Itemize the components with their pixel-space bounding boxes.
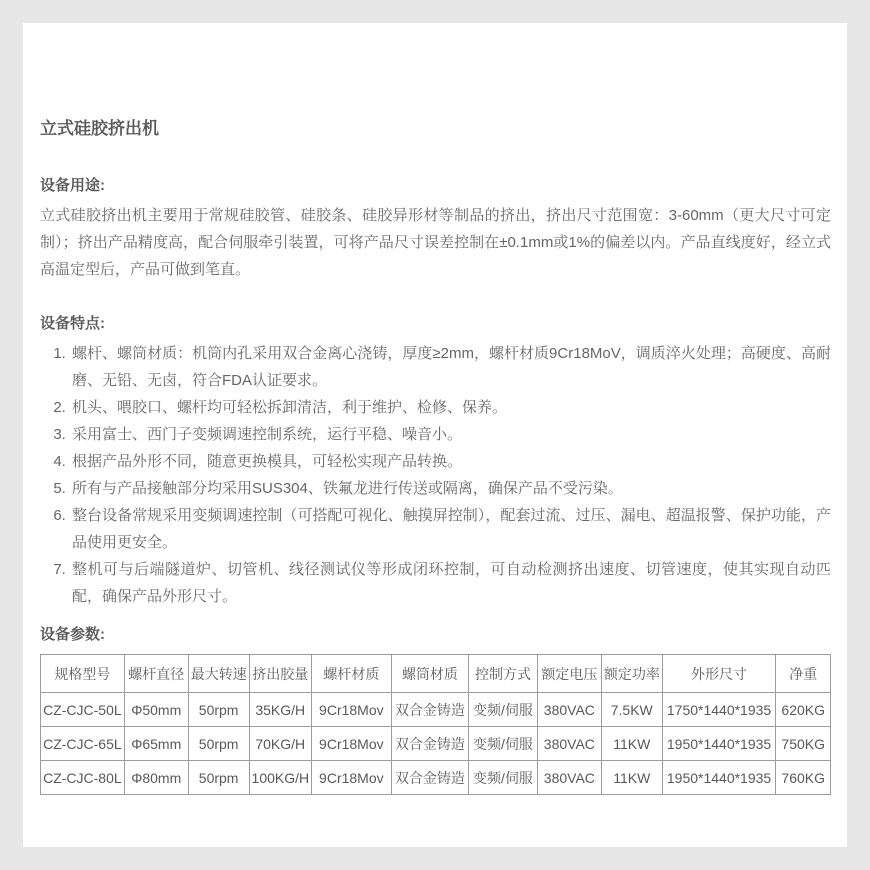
table-cell: Φ50mm xyxy=(124,693,188,727)
features-section: 设备特点: 螺杆、螺筒材质：机筒内孔采用双合金离心浇铸，厚度≥2mm，螺杆材质9… xyxy=(40,313,831,610)
table-cell: 双合金铸造 xyxy=(391,693,468,727)
table-row: CZ-CJC-50L Φ50mm 50rpm 35KG/H 9Cr18Mov 双… xyxy=(41,693,831,727)
feature-item-6: 整台设备常规采用变频调速控制（可搭配可视化、触摸屏控制），配套过流、过压、漏电、… xyxy=(70,502,831,556)
table-row: CZ-CJC-65L Φ65mm 50rpm 70KG/H 9Cr18Mov 双… xyxy=(41,727,831,761)
feature-item-4: 根据产品外形不同，随意更换模具，可轻松实现产品转换。 xyxy=(70,448,831,475)
table-cell: 11KW xyxy=(601,727,662,761)
table-cell: 1750*1440*1935 xyxy=(662,693,776,727)
table-cell: 50rpm xyxy=(188,693,249,727)
table-cell: 9Cr18Mov xyxy=(311,727,391,761)
params-section: 设备参数: 规格型号 螺杆直径 最大转速 挤出胶量 螺杆材质 螺筒材质 控制方式… xyxy=(40,624,831,795)
table-cell: 760KG xyxy=(776,761,831,795)
table-header-cell: 额定功率 xyxy=(601,655,662,693)
params-heading: 设备参数: xyxy=(40,624,831,645)
feature-item-5: 所有与产品接触部分均采用SUS304、铁氟龙进行传送或隔离，确保产品不受污染。 xyxy=(70,475,831,502)
params-table: 规格型号 螺杆直径 最大转速 挤出胶量 螺杆材质 螺筒材质 控制方式 额定电压 … xyxy=(40,654,831,795)
table-cell: 变频/伺服 xyxy=(469,693,538,727)
feature-item-7: 整机可与后端隧道炉、切管机、线径测试仪等形成闭环控制，可自动检测挤出速度、切管速… xyxy=(70,556,831,610)
table-cell: Φ80mm xyxy=(124,761,188,795)
features-heading: 设备特点: xyxy=(40,313,831,334)
table-cell: 750KG xyxy=(776,727,831,761)
table-cell: 35KG/H xyxy=(249,693,311,727)
table-cell: 50rpm xyxy=(188,761,249,795)
features-list: 螺杆、螺筒材质：机筒内孔采用双合金离心浇铸，厚度≥2mm，螺杆材质9Cr18Mo… xyxy=(40,340,831,610)
table-header-cell: 螺杆直径 xyxy=(124,655,188,693)
table-header-cell: 规格型号 xyxy=(41,655,125,693)
table-cell: 70KG/H xyxy=(249,727,311,761)
table-cell: 9Cr18Mov xyxy=(311,693,391,727)
table-cell: CZ-CJC-80L xyxy=(41,761,125,795)
table-cell: 11KW xyxy=(601,761,662,795)
table-cell: Φ65mm xyxy=(124,727,188,761)
table-cell: 双合金铸造 xyxy=(391,761,468,795)
table-cell: 100KG/H xyxy=(249,761,311,795)
table-cell: 380VAC xyxy=(537,727,601,761)
table-cell: CZ-CJC-50L xyxy=(41,693,125,727)
feature-item-1: 螺杆、螺筒材质：机筒内孔采用双合金离心浇铸，厚度≥2mm，螺杆材质9Cr18Mo… xyxy=(70,340,831,394)
purpose-body: 立式硅胶挤出机主要用于常规硅胶管、硅胶条、硅胶异形材等制品的挤出，挤出尺寸范围宽… xyxy=(40,202,831,283)
table-cell: 双合金铸造 xyxy=(391,727,468,761)
table-cell: 变频/伺服 xyxy=(469,761,538,795)
feature-item-3: 采用富士、西门子变频调速控制系统，运行平稳、噪音小。 xyxy=(70,421,831,448)
table-header-cell: 净重 xyxy=(776,655,831,693)
table-header-cell: 控制方式 xyxy=(469,655,538,693)
table-header-cell: 挤出胶量 xyxy=(249,655,311,693)
table-cell: 620KG xyxy=(776,693,831,727)
table-header-cell: 螺筒材质 xyxy=(391,655,468,693)
table-header-row: 规格型号 螺杆直径 最大转速 挤出胶量 螺杆材质 螺筒材质 控制方式 额定电压 … xyxy=(41,655,831,693)
feature-item-2: 机头、喂胶口、螺杆均可轻松拆卸清洁，利于维护、检修、保养。 xyxy=(70,394,831,421)
table-cell: 380VAC xyxy=(537,693,601,727)
table-cell: 9Cr18Mov xyxy=(311,761,391,795)
table-cell: 1950*1440*1935 xyxy=(662,727,776,761)
table-header-cell: 螺杆材质 xyxy=(311,655,391,693)
content-area: 立式硅胶挤出机 设备用途: 立式硅胶挤出机主要用于常规硅胶管、硅胶条、硅胶异形材… xyxy=(23,23,847,847)
table-row: CZ-CJC-80L Φ80mm 50rpm 100KG/H 9Cr18Mov … xyxy=(41,761,831,795)
table-cell: 7.5KW xyxy=(601,693,662,727)
table-cell: 380VAC xyxy=(537,761,601,795)
table-cell: 50rpm xyxy=(188,727,249,761)
table-header-cell: 最大转速 xyxy=(188,655,249,693)
table-cell: 变频/伺服 xyxy=(469,727,538,761)
purpose-heading: 设备用途: xyxy=(40,175,831,196)
purpose-section: 设备用途: 立式硅胶挤出机主要用于常规硅胶管、硅胶条、硅胶异形材等制品的挤出，挤… xyxy=(40,175,831,283)
table-header-cell: 外形尺寸 xyxy=(662,655,776,693)
table-cell: CZ-CJC-65L xyxy=(41,727,125,761)
table-header-cell: 额定电压 xyxy=(537,655,601,693)
table-cell: 1950*1440*1935 xyxy=(662,761,776,795)
page-title: 立式硅胶挤出机 xyxy=(40,119,831,139)
